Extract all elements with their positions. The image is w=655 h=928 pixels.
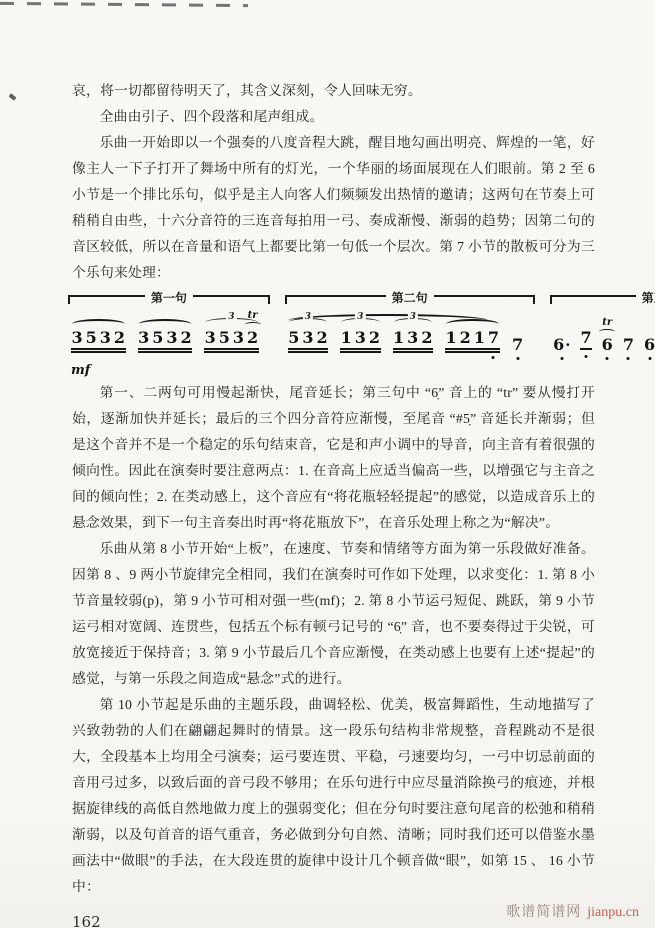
triplet-arc: 3: [289, 318, 327, 327]
note-digit: tr2: [246, 329, 260, 347]
low-octave-dot: [627, 357, 630, 360]
note-digit: 7: [486, 329, 500, 347]
phrase-label: 第三句: [636, 292, 655, 305]
triplet-arc: 3: [341, 318, 379, 327]
digit-run: 3532: [70, 329, 127, 347]
notation-phrase: 第一句353235323353tr2mf: [68, 292, 270, 354]
trill-ornament: tr: [245, 311, 261, 327]
note-digit: 7: [511, 336, 525, 354]
note-group: tr6: [600, 336, 614, 354]
trill-label: tr: [245, 311, 261, 321]
note-group: 7: [511, 336, 525, 354]
note-digit: 2: [112, 329, 126, 347]
notes-row: 353235323353tr2: [68, 329, 270, 354]
bracket-line: [550, 295, 636, 304]
note-digit: 3: [70, 329, 84, 347]
beam-underline: [71, 348, 126, 350]
note-digit: 1: [392, 329, 406, 347]
phrase-bracket: 第一句: [68, 292, 270, 304]
beam-underline: [393, 351, 433, 353]
digit-run: 7: [621, 336, 635, 354]
paragraph-phrase-handling: 第一、二两句可用慢起渐快，尾音延长；第三句中 “6̣” 音上的 “tr” 要从慢…: [72, 380, 595, 536]
note-digit: 5: [84, 329, 98, 347]
note-group: 6·: [552, 336, 572, 354]
low-octave-dot: [492, 356, 495, 359]
notes-row: 6·7tr676#5675: [550, 329, 655, 354]
paragraph-theme-section: 第 10 小节起是乐曲的主题乐段，曲调轻松、优美，极富舞蹈性，生动地描写了兴致勃…: [72, 692, 595, 900]
beam-underline: [288, 348, 328, 350]
paragraph-structure: 全曲由引子、四个段落和尾声组成。: [72, 104, 595, 130]
note-digit: 7: [621, 336, 635, 354]
paragraph-intro-ending: 哀，将一切都留待明天了，其含义深刻，令人回味无穷。: [72, 78, 595, 104]
dynamic-marking: mf: [71, 363, 90, 378]
note-digit: 3: [137, 329, 151, 347]
note-digit: 2: [179, 329, 193, 347]
note-group: 3532: [137, 329, 194, 354]
trill-label: tr: [599, 318, 615, 328]
note-group: 1217: [444, 329, 501, 354]
digit-run: 532: [287, 329, 329, 347]
digit-run: 7: [579, 329, 593, 347]
note-digit: tr6: [600, 336, 614, 354]
paragraph-opening-analysis: 乐曲一开始即以一个强奏的八度音程大跳，醒目地勾画出明亮、辉煌的一笔，好像主人一下…: [72, 130, 595, 286]
beam-underline: [138, 348, 193, 350]
beam-underline: [445, 351, 500, 353]
book-page: 哀，将一切都留待明天了，其含义深刻，令人回味无穷。 全曲由引子、四个段落和尾声组…: [0, 0, 655, 928]
note-group: 3132: [392, 329, 434, 354]
note-digit: 5: [287, 329, 301, 347]
paragraph-bar8-9-handling: 乐曲从第 8 小节开始“上板”，在速度、节奏和情绪等方面为第一乐段做好准备。因第…: [72, 536, 595, 692]
trill-arc: [245, 322, 261, 327]
beam-underline: [445, 348, 500, 350]
note-digit: 3: [353, 329, 367, 347]
notes-row: 35323132313212177: [285, 329, 535, 354]
trill-ornament: tr: [599, 318, 615, 334]
note-digit: 1: [339, 329, 353, 347]
note-digit: 2: [315, 329, 329, 347]
triplet-number: 3: [355, 313, 365, 322]
note-digit: 3: [165, 329, 179, 347]
watermark-site-url: jianpu.cn: [587, 905, 639, 920]
digit-run: 132: [339, 329, 381, 347]
digit-run: 3532: [137, 329, 194, 347]
digit-run: tr6: [600, 336, 614, 354]
beam-underline: [204, 348, 259, 350]
low-octave-dot: [585, 355, 588, 358]
bracket-line: [68, 295, 145, 304]
beam-underline: [580, 348, 592, 350]
phrase-label: 第一句: [145, 292, 193, 305]
triplet-arc: 3: [394, 318, 432, 327]
digit-run: 6: [642, 336, 655, 354]
bracket-line: [434, 295, 535, 304]
note-digit: 2: [367, 329, 381, 347]
beam-underline: [288, 351, 328, 353]
phrase-bracket: 第三句: [550, 292, 655, 304]
beam-underline: [340, 351, 380, 353]
note-digit: 1: [444, 329, 458, 347]
note-digit: 3: [301, 329, 315, 347]
note-digit: 5: [217, 329, 231, 347]
beam-underline: [204, 351, 259, 353]
note-digit: 3: [98, 329, 112, 347]
low-octave-dot: [606, 357, 609, 360]
augmentation-dot: ·: [565, 336, 570, 354]
phrase-label: 第二句: [386, 292, 434, 305]
note-digit: 7: [579, 329, 593, 347]
digit-run: 353tr2: [203, 329, 260, 347]
note-digit: 3: [203, 329, 217, 347]
trill-arc: [599, 329, 615, 334]
note-group: 7: [579, 329, 593, 354]
watermark-site-name: 歌谱简谱网: [506, 905, 581, 920]
note-digit: 6·: [552, 336, 572, 354]
triplet-number: 3: [303, 313, 313, 322]
note-digit: 3: [406, 329, 420, 347]
note-digit: 1: [472, 329, 486, 347]
low-octave-dot: [560, 357, 563, 360]
note-digit: 5: [151, 329, 165, 347]
phrase-bracket: 第二句: [285, 292, 535, 304]
note-digit: 3: [231, 329, 245, 347]
triplet-number: 3: [408, 313, 418, 322]
digit-run: 132: [392, 329, 434, 347]
note-digit: 2: [458, 329, 472, 347]
beam-underline: [340, 348, 380, 350]
note-group: 3353tr2: [203, 329, 260, 354]
digit-run: 7: [511, 336, 525, 354]
digit-run: 1217: [444, 329, 501, 347]
note-group: 7: [621, 336, 635, 354]
digit-run: 6·: [552, 336, 572, 354]
triplet-number: 3: [226, 313, 236, 322]
note-group: 3532: [287, 329, 329, 354]
low-octave-dot: [648, 357, 651, 360]
bracket-line: [193, 295, 270, 304]
music-notation: 第一句353235323353tr2mf第二句35323132313212177…: [68, 292, 595, 380]
note-digit: 6: [642, 336, 655, 354]
note-group: 3132: [339, 329, 381, 354]
note-group: 6: [642, 336, 655, 354]
bracket-line: [285, 295, 386, 304]
note-group: 3532: [70, 329, 127, 354]
beam-underline: [71, 351, 126, 353]
note-digit: 2: [420, 329, 434, 347]
low-octave-dot: [516, 357, 519, 360]
notation-phrase: 第二句35323132313212177: [285, 292, 535, 354]
notation-phrase: 第三句6·7tr676#5675: [550, 292, 655, 354]
beam-underline: [393, 348, 433, 350]
beam-underline: [138, 351, 193, 353]
watermark: 歌谱简谱网jianpu.cn: [506, 901, 639, 921]
page-content: 哀，将一切都留待明天了，其含义深刻，令人回味无穷。 全曲由引子、四个段落和尾声组…: [0, 0, 655, 928]
